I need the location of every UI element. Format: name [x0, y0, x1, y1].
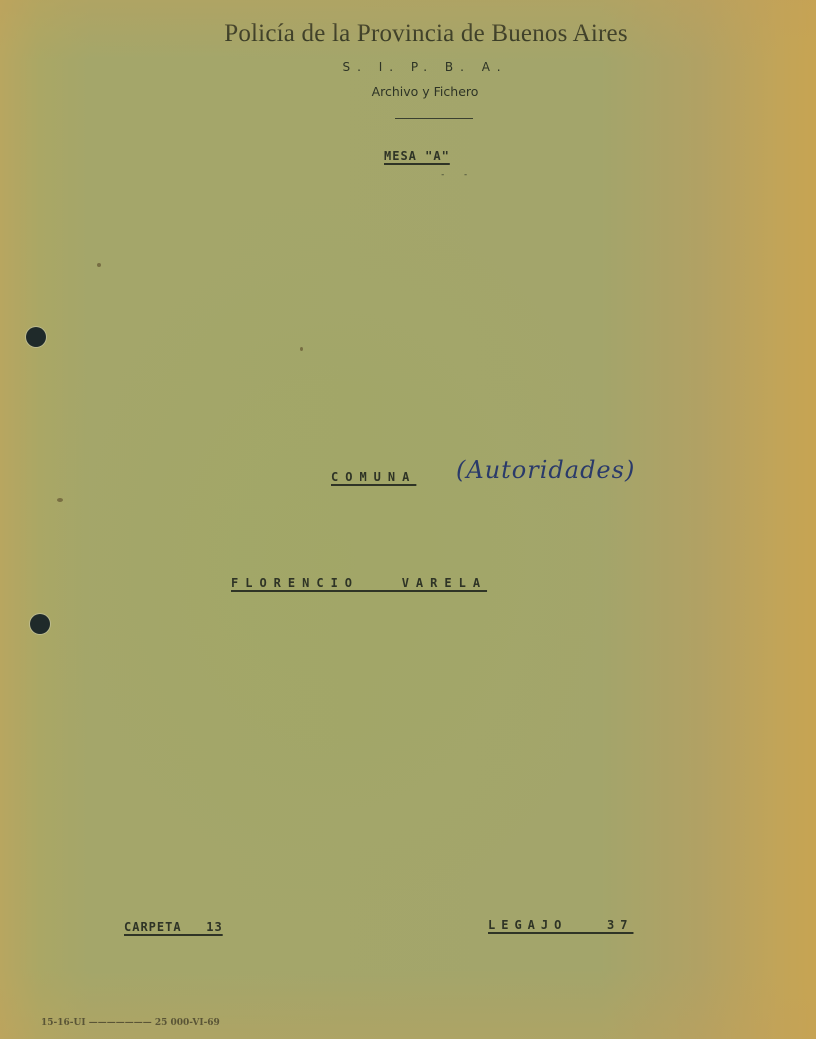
footer-code: 15-16-UI ——————— 25 000-VI-69 — [41, 1018, 220, 1028]
locality-label: FLORENCIO VARELA — [231, 576, 487, 590]
handwritten-note: (Autoridades) — [456, 456, 635, 484]
mesa-label: MESA "A" — [384, 149, 450, 163]
stain-mark — [57, 498, 63, 502]
document-cover: Policía de la Provincia de Buenos Aires … — [0, 0, 816, 1039]
punch-hole-icon — [30, 614, 50, 634]
header-title: Policía de la Provincia de Buenos Aires — [36, 20, 816, 48]
mesa-marks: - - — [440, 170, 474, 180]
header-divider — [395, 118, 473, 119]
header-subtitle: S. I. P. B. A. — [34, 60, 816, 74]
legajo-label: LEGAJO 37 — [488, 918, 633, 932]
punch-hole-icon — [26, 327, 46, 347]
stain-mark — [300, 347, 303, 351]
header-department: Archivo y Fichero — [34, 84, 816, 99]
carpeta-label: CARPETA 13 — [124, 920, 223, 934]
stain-mark — [97, 263, 101, 267]
subject-label: COMUNA — [331, 470, 416, 484]
